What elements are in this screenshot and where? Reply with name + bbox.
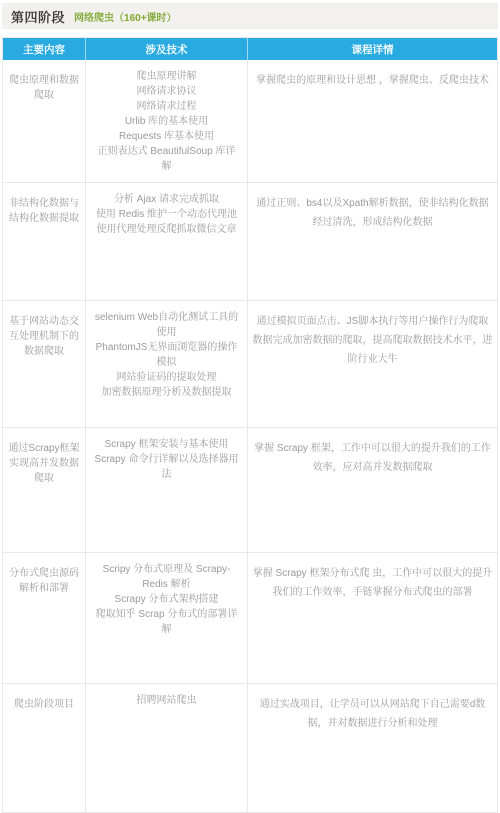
tech-item: Scrapy 框架安装与基本使用 <box>94 437 239 452</box>
tech-item: 招聘网站爬虫 <box>94 693 239 708</box>
tech-item: 使用 Redis 维护一个动态代理池 <box>94 207 239 222</box>
tech-item: 爬虫原理讲解 <box>94 69 239 84</box>
detail-cell: 掌握 Scrapy 框架分布式爬 虫，工作中可以很大的提升我们的工作效率，手链掌… <box>248 553 497 683</box>
tech-item: 网络请求过程 <box>94 99 239 114</box>
tech-item: 网站验证码的提取处理 <box>94 370 239 385</box>
main-content-cell: 基于网站动态交互处理机制下的数据爬取 <box>3 301 86 427</box>
tech-item: 网络请求协议 <box>94 84 239 99</box>
table-header-row: 主要内容 涉及技术 课程详情 <box>3 38 497 60</box>
column-header-main-content: 主要内容 <box>3 38 86 60</box>
table-body: 爬虫原理和数据爬取爬虫原理讲解网络请求协议网络请求过程Urlib 库的基本使用R… <box>3 60 497 812</box>
tech-item: 使用代理处理反爬抓取微信文章 <box>94 222 239 237</box>
stage-subtitle: 网络爬虫（160+课时） <box>74 9 177 24</box>
tech-item: 分析 Ajax 请求完成抓取 <box>94 192 239 207</box>
table-row: 分布式爬虫源码解析和部署Scripy 分布式原理及 Scrapy-Redis 解… <box>3 552 497 683</box>
tech-item: Scrapy 分布式架构搭建 <box>94 592 239 607</box>
stage-header: 第四阶段 网络爬虫（160+课时） <box>2 3 498 29</box>
tech-item: PhantomJS无界面浏览器的操作模拟 <box>94 340 239 370</box>
detail-cell: 掌握 Scrapy 框架，工作中可以很大的提升我们的工作效率，应对高并发数据爬取 <box>248 428 497 552</box>
main-content-cell: 通过Scrapy框架实现高并发数据爬取 <box>3 428 86 552</box>
table-row: 爬虫阶段项目招聘网站爬虫通过实战项目，让学员可以从网站爬下自己需要d数据，并对数… <box>3 683 497 812</box>
main-content-cell: 爬虫阶段项目 <box>3 684 86 812</box>
detail-cell: 通过正则、bs4以及Xpath解析数据，使非结构化数据经过清洗，形成结构化数据 <box>248 183 497 300</box>
tech-cell: selenium Web自动化测试工具的使用PhantomJS无界面浏览器的操作… <box>86 301 248 427</box>
tech-item: 正则表达式 BeautifulSoup 库详解 <box>94 144 239 174</box>
tech-cell: Scripy 分布式原理及 Scrapy-Redis 解析Scrapy 分布式架… <box>86 553 248 683</box>
table-row: 通过Scrapy框架实现高并发数据爬取Scrapy 框架安装与基本使用Scrap… <box>3 427 497 552</box>
column-header-tech: 涉及技术 <box>86 38 248 60</box>
tech-item: selenium Web自动化测试工具的使用 <box>94 310 239 340</box>
column-header-detail: 课程详情 <box>248 38 497 60</box>
course-table: 主要内容 涉及技术 课程详情 爬虫原理和数据爬取爬虫原理讲解网络请求协议网络请求… <box>2 37 498 813</box>
tech-item: Urlib 库的基本使用 <box>94 114 239 129</box>
main-content-cell: 爬虫原理和数据爬取 <box>3 60 86 182</box>
tech-cell: 分析 Ajax 请求完成抓取使用 Redis 维护一个动态代理池使用代理处理反爬… <box>86 183 248 300</box>
table-row: 非结构化数据与结构化数据提取分析 Ajax 请求完成抓取使用 Redis 维护一… <box>3 182 497 300</box>
stage-title: 第四阶段 <box>11 7 65 26</box>
tech-item: Requests 库基本使用 <box>94 129 239 144</box>
tech-cell: 招聘网站爬虫 <box>86 684 248 812</box>
tech-item: 加密数据原理分析及数据提取 <box>94 385 239 400</box>
detail-cell: 掌握爬虫的原理和设计思想 ，掌握爬虫、反爬虫技术 <box>248 60 497 182</box>
tech-item: Scripy 分布式原理及 Scrapy-Redis 解析 <box>94 562 239 592</box>
tech-cell: 爬虫原理讲解网络请求协议网络请求过程Urlib 库的基本使用Requests 库… <box>86 60 248 182</box>
main-content-cell: 非结构化数据与结构化数据提取 <box>3 183 86 300</box>
table-row: 基于网站动态交互处理机制下的数据爬取selenium Web自动化测试工具的使用… <box>3 300 497 427</box>
main-content-cell: 分布式爬虫源码解析和部署 <box>3 553 86 683</box>
tech-cell: Scrapy 框架安装与基本使用Scrapy 命令行详解以及选择器用法 <box>86 428 248 552</box>
detail-cell: 通过模拟页面点击、JS脚本执行等用户操作行为爬取数据完成加密数据的爬取，提高爬取… <box>248 301 497 427</box>
tech-item: 爬取知乎 Scrap 分布式的部署详解 <box>94 607 239 637</box>
detail-cell: 通过实战项目，让学员可以从网站爬下自己需要d数据，并对数据进行分析和处理 <box>248 684 497 812</box>
tech-item: Scrapy 命令行详解以及选择器用法 <box>94 452 239 482</box>
table-row: 爬虫原理和数据爬取爬虫原理讲解网络请求协议网络请求过程Urlib 库的基本使用R… <box>3 60 497 182</box>
